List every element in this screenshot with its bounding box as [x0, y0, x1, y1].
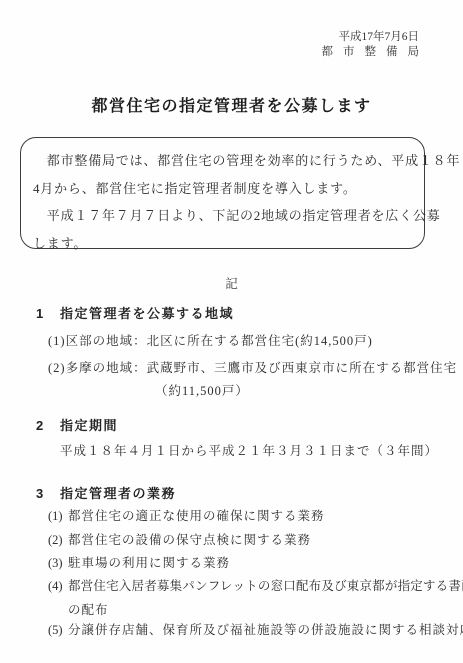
section-1-number: 1	[36, 306, 60, 321]
section-3-item-5: (5)分譲併存店舗、保育所及び福祉施設等の併設施設に関する相談対応	[48, 620, 463, 638]
intro-box: 都市整備局では、都営住宅の管理を効率的に行うため、平成１８年 4月から、都営住宅…	[20, 137, 425, 249]
item-text: 多摩の地域：武蔵野市、三鷹市及び西東京市に所在する都営住宅	[66, 361, 458, 375]
intro-line-3: 平成１７年７月７日より、下記の2地域の指定管理者を広く公募	[33, 202, 414, 230]
section-1-heading: 1指定管理者を公募する地域	[36, 303, 234, 322]
section-1-item-2: (2)多摩の地域：武蔵野市、三鷹市及び西東京市に所在する都営住宅	[48, 358, 457, 376]
item-text: 都営住宅の適正な使用の確保に関する業務	[68, 509, 325, 523]
item-label: (4)	[48, 579, 68, 594]
item-text: 都営住宅入居者募集パンフレットの窓口配布及び東京都が指定する書面	[68, 579, 463, 593]
section-2-body: 平成１８年４月１日から平成２１年３月３１日まで（３年間）	[60, 441, 438, 459]
intro-line-4: します。	[33, 230, 414, 258]
item-text: 分譲併存店舗、保育所及び福祉施設等の併設施設に関する相談対応	[68, 623, 463, 637]
section-2-number: 2	[36, 418, 60, 433]
document-title: 都営住宅の指定管理者を公募します	[0, 93, 463, 116]
intro-line-1: 都市整備局では、都営住宅の管理を効率的に行うため、平成１８年	[33, 147, 414, 175]
item-text: 区部の地域：北区に所在する都営住宅(約14,500戸)	[66, 334, 373, 348]
section-3-number: 3	[36, 486, 60, 501]
section-1-item-1: (1)区部の地域：北区に所在する都営住宅(約14,500戸)	[48, 331, 373, 349]
document-page: 平成17年7月6日 都市整備局 都営住宅の指定管理者を公募します 都市整備局では…	[0, 0, 463, 663]
document-date: 平成17年7月6日	[322, 30, 420, 45]
item-label: (2)	[48, 533, 68, 548]
section-3-title: 指定管理者の業務	[60, 486, 176, 501]
section-3-item-4-continuation: の配布	[68, 600, 109, 618]
section-3-item-4: (4)都営住宅入居者募集パンフレットの窓口配布及び東京都が指定する書面	[48, 576, 463, 594]
section-1-item-2-continuation: （約11,500戸）	[155, 381, 249, 399]
item-label: (1)	[48, 334, 66, 348]
section-3-item-2: (2)都営住宅の設備の保守点検に関する業務	[48, 530, 311, 548]
department-name: 都市整備局	[322, 45, 430, 60]
section-3-item-3: (3)駐車場の利用に関する業務	[48, 553, 230, 571]
item-text: 都営住宅の設備の保守点検に関する業務	[68, 533, 311, 547]
item-text: 駐車場の利用に関する業務	[68, 556, 230, 570]
section-2-heading: 2指定期間	[36, 415, 118, 434]
section-3-heading: 3指定管理者の業務	[36, 483, 176, 502]
intro-line-2: 4月から、都営住宅に指定管理者制度を導入します。	[33, 175, 414, 203]
document-header: 平成17年7月6日 都市整備局	[322, 30, 420, 60]
section-2-title: 指定期間	[60, 418, 118, 433]
record-mark: 記	[0, 274, 463, 292]
item-label: (5)	[48, 623, 68, 638]
item-label: (1)	[48, 509, 68, 524]
section-1-title: 指定管理者を公募する地域	[60, 306, 234, 321]
item-label: (3)	[48, 556, 68, 571]
section-3-item-1: (1)都営住宅の適正な使用の確保に関する業務	[48, 506, 325, 524]
item-label: (2)	[48, 361, 66, 375]
